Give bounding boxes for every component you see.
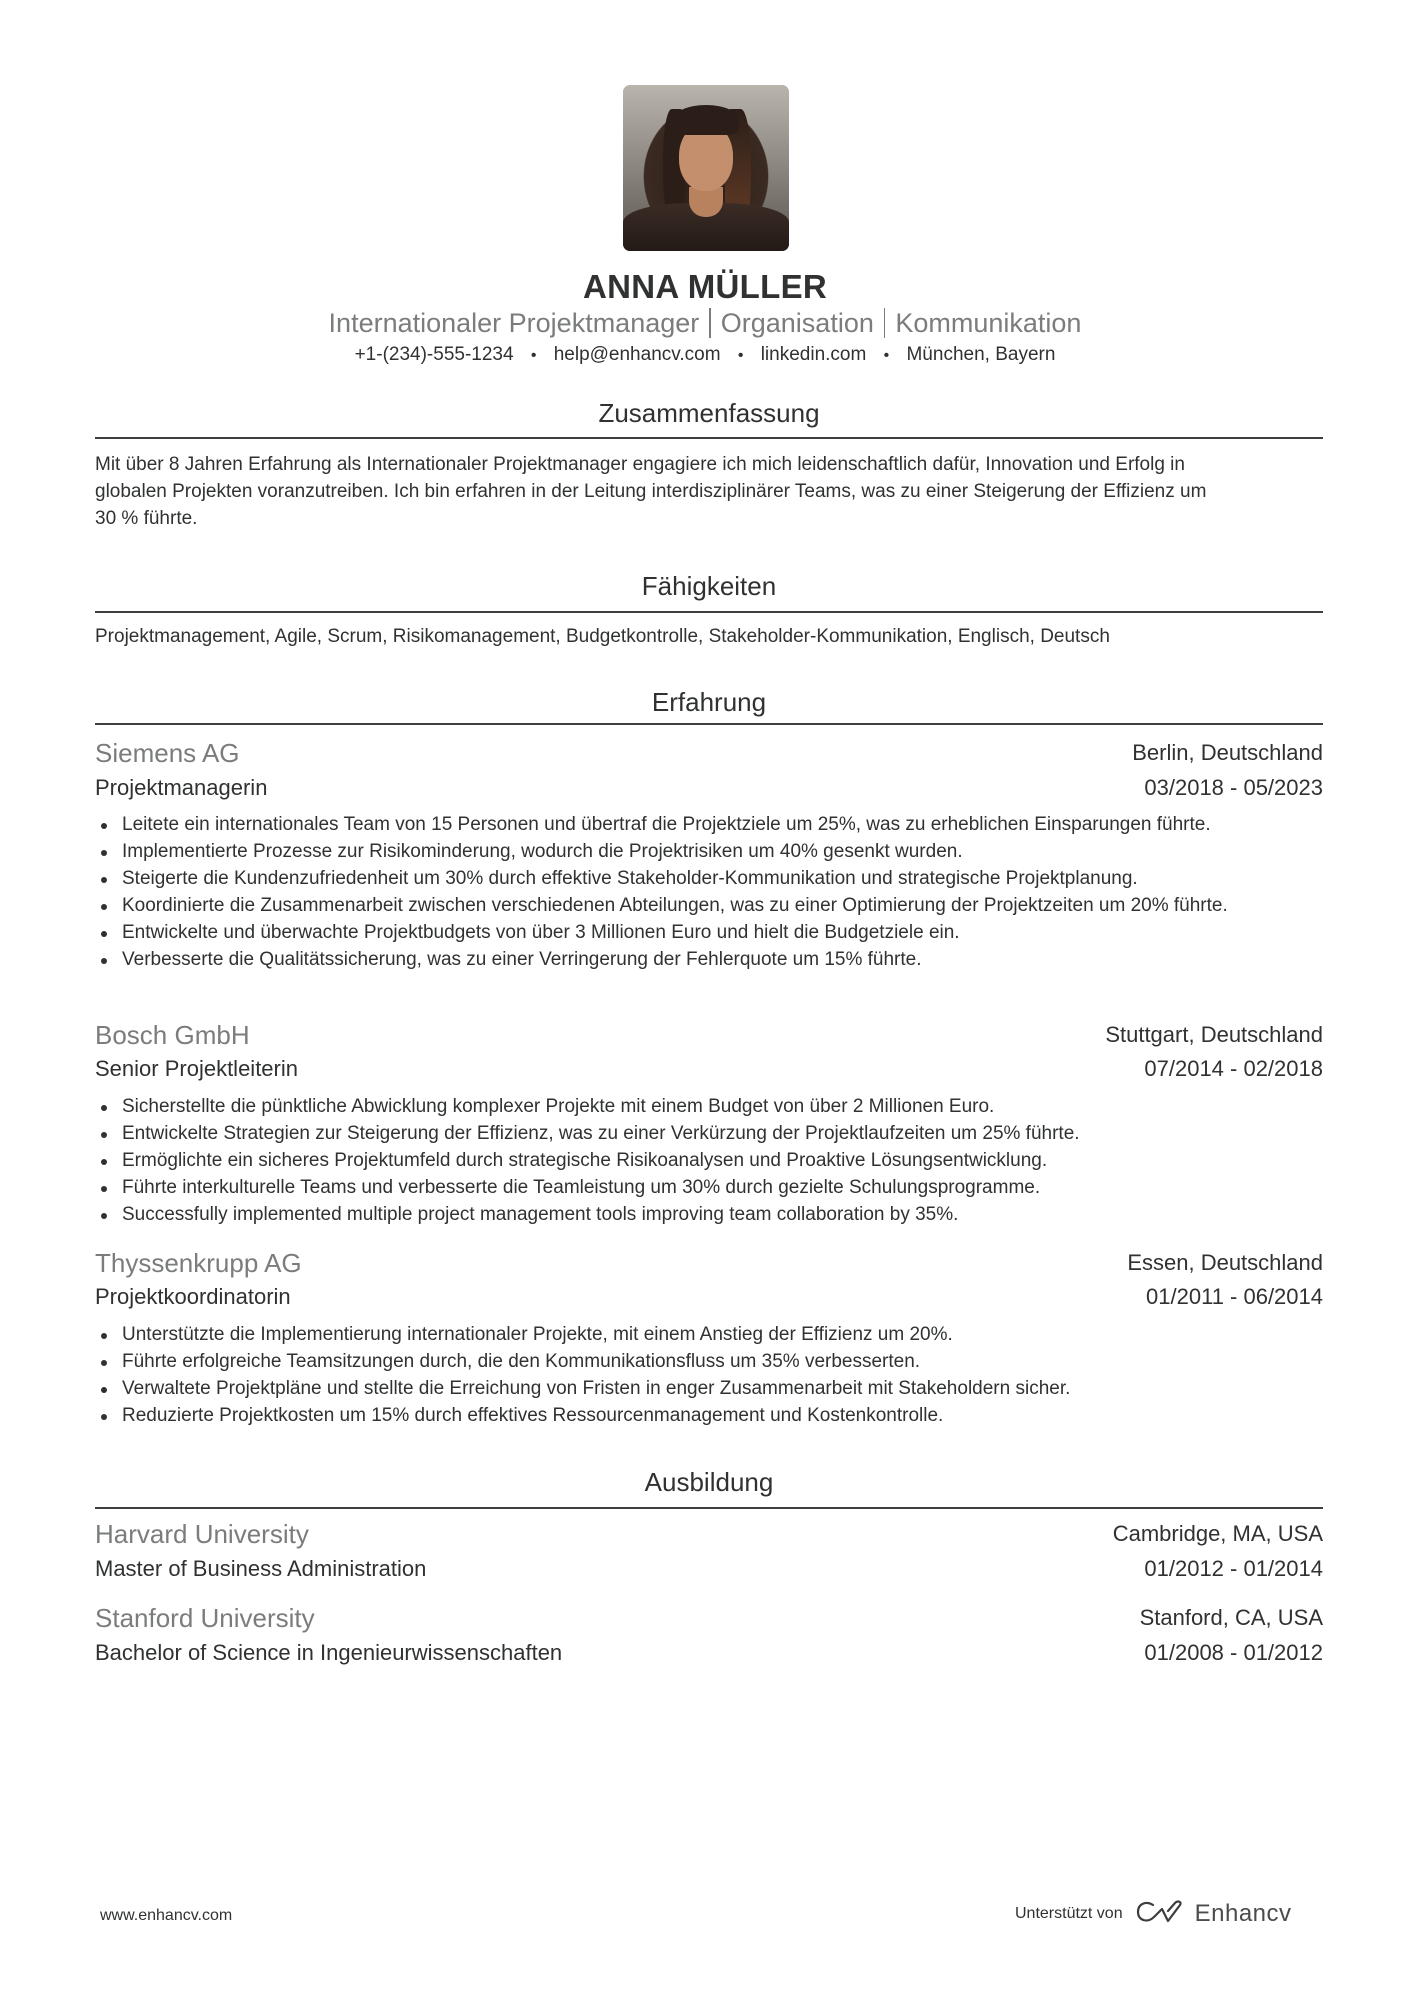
enhancv-brand-name: Enhancv: [1195, 1900, 1292, 1928]
list-item: Unterstützte die Implementierung interna…: [95, 1321, 1323, 1348]
section-heading-skills: Fähigkeiten: [95, 571, 1323, 602]
list-item: Reduzierte Projektkosten um 15% durch ef…: [95, 1402, 1323, 1429]
company-name: Bosch GmbH: [95, 1020, 250, 1051]
profile-photo: [623, 85, 789, 251]
company-name: Siemens AG: [95, 738, 240, 769]
school-name: Stanford University: [95, 1603, 315, 1634]
job-bullets: Sicherstellte die pünktliche Abwicklung …: [95, 1093, 1323, 1228]
divider: [709, 308, 711, 338]
section-divider: [95, 1507, 1323, 1509]
contact-line: +1-(234)-555-1234 • help@enhancv.com • l…: [0, 344, 1410, 366]
job-dates: 07/2014 - 02/2018: [1144, 1056, 1323, 1082]
separator-dot: •: [531, 347, 537, 364]
list-item: Entwickelte und überwachte Projektbudget…: [95, 919, 1323, 946]
degree: Master of Business Administration: [95, 1556, 426, 1582]
list-item: Verwaltete Projektpläne und stellte die …: [95, 1375, 1323, 1402]
candidate-name: ANNA MÜLLER: [0, 268, 1410, 306]
powered-by-label: Unterstützt von: [1015, 1905, 1123, 1923]
phone[interactable]: +1-(234)-555-1234: [355, 344, 514, 365]
list-item: Sicherstellte die pünktliche Abwicklung …: [95, 1093, 1323, 1120]
divider: [884, 308, 886, 338]
headline-part: Kommunikation: [895, 308, 1081, 338]
section-heading-education: Ausbildung: [95, 1467, 1323, 1498]
list-item: Führte interkulturelle Teams und verbess…: [95, 1174, 1323, 1201]
resume-page: ANNA MÜLLER Internationaler Projektmanag…: [0, 0, 1410, 1995]
job-bullets: Leitete ein internationales Team von 15 …: [95, 811, 1323, 973]
degree: Bachelor of Science in Ingenieurwissensc…: [95, 1640, 562, 1666]
school-location: Cambridge, MA, USA: [1113, 1521, 1323, 1547]
separator-dot: •: [884, 347, 890, 364]
job-dates: 01/2011 - 06/2014: [1146, 1284, 1323, 1310]
linkedin-link[interactable]: linkedin.com: [761, 344, 867, 365]
company-name: Thyssenkrupp AG: [95, 1248, 302, 1279]
summary-text: Mit über 8 Jahren Erfahrung als Internat…: [95, 451, 1323, 532]
list-item: Successfully implemented multiple projec…: [95, 1201, 1323, 1228]
list-item: Verbesserte die Qualitätssicherung, was …: [95, 946, 1323, 973]
list-item: Führte erfolgreiche Teamsitzungen durch,…: [95, 1348, 1323, 1375]
section-divider: [95, 437, 1323, 439]
school-location: Stanford, CA, USA: [1140, 1605, 1323, 1631]
headline-part: Organisation: [721, 308, 874, 338]
list-item: Ermöglichte ein sicheres Projektumfeld d…: [95, 1147, 1323, 1174]
location: München, Bayern: [906, 344, 1055, 365]
footer-website-link[interactable]: www.enhancv.com: [100, 1907, 232, 1925]
footer-branding[interactable]: Unterstützt von Enhancv: [1015, 1900, 1292, 1928]
skills-text: Projektmanagement, Agile, Scrum, Risikom…: [95, 623, 1323, 650]
list-item: Koordinierte die Zusammenarbeit zwischen…: [95, 892, 1323, 919]
enhancv-logo-icon: [1135, 1899, 1185, 1930]
list-item: Implementierte Prozesse zur Risikominder…: [95, 838, 1323, 865]
headline: Internationaler ProjektmanagerOrganisati…: [0, 308, 1410, 339]
job-location: Stuttgart, Deutschland: [1105, 1022, 1323, 1048]
email-link[interactable]: help@enhancv.com: [554, 344, 721, 365]
headline-part: Internationaler Projektmanager: [329, 308, 700, 338]
school-name: Harvard University: [95, 1519, 309, 1550]
job-location: Berlin, Deutschland: [1132, 740, 1323, 766]
separator-dot: •: [738, 347, 744, 364]
summary-line: 30 % führte.: [95, 505, 1323, 532]
section-heading-experience: Erfahrung: [95, 687, 1323, 718]
job-role: Projektmanagerin: [95, 775, 267, 801]
section-divider: [95, 723, 1323, 725]
job-location: Essen, Deutschland: [1127, 1250, 1323, 1276]
list-item: Leitete ein internationales Team von 15 …: [95, 811, 1323, 838]
section-heading-summary: Zusammenfassung: [95, 398, 1323, 429]
summary-line: Mit über 8 Jahren Erfahrung als Internat…: [95, 451, 1323, 478]
job-role: Senior Projektleiterin: [95, 1056, 298, 1082]
list-item: Steigerte die Kundenzufriedenheit um 30%…: [95, 865, 1323, 892]
summary-line: globalen Projekten voranzutreiben. Ich b…: [95, 478, 1323, 505]
education-dates: 01/2012 - 01/2014: [1144, 1556, 1323, 1582]
job-role: Projektkoordinatorin: [95, 1284, 291, 1310]
section-divider: [95, 611, 1323, 613]
education-dates: 01/2008 - 01/2012: [1144, 1640, 1323, 1666]
job-bullets: Unterstützte die Implementierung interna…: [95, 1321, 1323, 1429]
job-dates: 03/2018 - 05/2023: [1144, 775, 1323, 801]
list-item: Entwickelte Strategien zur Steigerung de…: [95, 1120, 1323, 1147]
